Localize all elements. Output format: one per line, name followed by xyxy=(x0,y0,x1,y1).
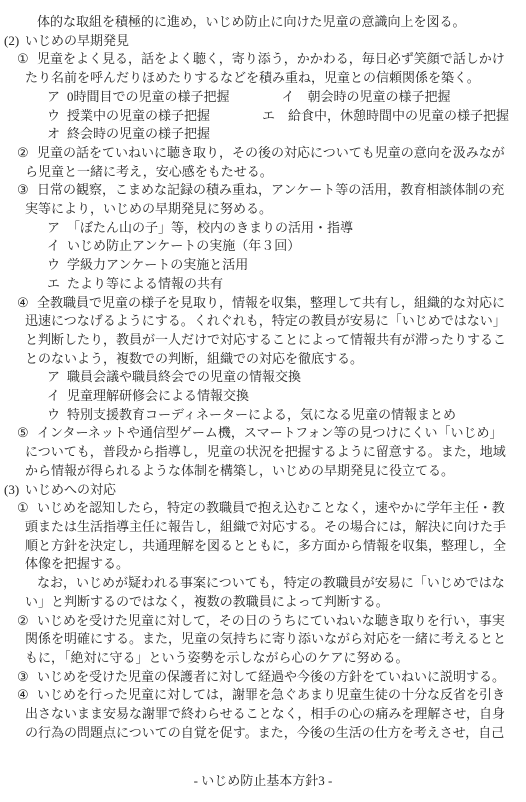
text-line: ③いじめを受けた児童の保護者に対して経過や今後の方針をていねいに説明する。 xyxy=(0,668,526,687)
line-text: 授業中の児童の様子把握 エ 給食中，休憩時間中の児童の様子把握 xyxy=(67,108,509,123)
line-text: インターネットや通信型ゲーム機，スマートフォン等の見つけにくい「いじめ」 xyxy=(37,425,503,440)
text-line: についても，普段から指導し，児童の状況を把握するように留意する。また，地域 xyxy=(0,443,526,462)
line-marker: エ xyxy=(47,275,67,294)
line-text: 学級力アンケートの実施と活用 xyxy=(67,257,248,272)
text-line: 順と方針を決定し，共通理解を図るとともに，多方面から情報を収集，整理し，全 xyxy=(0,537,526,556)
text-line: とのないよう，複数での判断，組織での対応を徹底する。 xyxy=(0,350,526,369)
line-text: い」と判断するのではなく，複数の教職員によって判断する。 xyxy=(25,594,389,609)
line-text: 児童の話をていねいに聴き取り，その後の対応についても児童の意向を汲みなが xyxy=(37,145,505,160)
line-marker: オ xyxy=(47,125,67,144)
text-line: から情報が得られるような体制を構築し，いじめの早期発見に役立てる。 xyxy=(0,462,526,481)
line-text: 児童理解研修会による情報交換 xyxy=(67,388,249,403)
text-line: イ児童理解研修会による情報交換 xyxy=(0,387,526,406)
line-marker: ウ xyxy=(47,406,67,425)
text-line: の行為の問題点についての自覚を促す。また，今後の生活の仕方を考えさせ，自己 xyxy=(0,724,526,743)
line-marker: ③ xyxy=(17,181,37,200)
text-line: 体的な取組を積極的に進め，いじめ防止に向けた児童の意識向上を図る。 xyxy=(0,13,526,32)
line-text: 全教職員で児童の様子を見取り，情報を収集，整理して共有し，組織的な対応に xyxy=(37,295,505,310)
text-line: い」と判断するのではなく，複数の教職員によって判断する。 xyxy=(0,593,526,612)
line-marker: ア xyxy=(47,219,67,238)
line-text: いじめへの対応 xyxy=(25,482,116,497)
line-text: 迅速につなげるようにする。くれぐれも，特定の教員が安易に「いじめではない」 xyxy=(25,313,506,328)
text-line: 関係を明確にする。また，児童の気持ちに寄り添いながら対応を一緒に考えるとと xyxy=(0,630,526,649)
line-text: 順と方針を決定し，共通理解を図るとともに，多方面から情報を収集，整理し，全 xyxy=(25,538,506,553)
text-line: ア0時間目での児童の様子把握 イ 朝会時の児童の様子把握 xyxy=(0,88,526,107)
text-line: たり名前を呼んだりほめたりするなどを積み重ね，児童との信頼関係を築く。 xyxy=(0,69,526,88)
line-text: の行為の問題点についての自覚を促す。また，今後の生活の仕方を考えさせ，自己 xyxy=(25,725,504,740)
text-line: 出さないまま安易な謝罪で終わらせることなく，相手の心の痛みを理解させ，自身 xyxy=(0,705,526,724)
text-line: イいじめ防止アンケートの実施（年３回） xyxy=(0,237,526,256)
text-line: エたより等による情報の共有 xyxy=(0,275,526,294)
line-text: いじめを認知したら，特定の教職員で抱え込むことなく，速やかに学年主任・教 xyxy=(37,500,505,515)
line-text: 終会時の児童の様子把握 xyxy=(67,126,210,141)
line-marker: ② xyxy=(17,612,37,631)
line-text: 職員会議や職員終会での児童の情報交換 xyxy=(67,369,301,384)
line-text: いじめ防止アンケートの実施（年３回） xyxy=(67,238,300,253)
text-line: と判断したり，教員が一人だけで対応することによって情報共有が滞ったりするこ xyxy=(0,331,526,350)
line-marker: ウ xyxy=(47,256,67,275)
text-line: ④いじめを行った児童に対しては，謝罪を急ぐあまり児童生徒の十分な反省を引き xyxy=(0,686,526,705)
line-marker: (3) xyxy=(4,481,25,500)
line-text: いじめを行った児童に対しては，謝罪を急ぐあまり児童生徒の十分な反省を引き xyxy=(37,687,505,702)
line-text: から情報が得られるような体制を構築し，いじめの早期発見に役立てる。 xyxy=(25,463,454,478)
text-line: 実等により，いじめの早期発見に努める。 xyxy=(0,200,526,219)
text-line: ウ授業中の児童の様子把握 エ 給食中，休憩時間中の児童の様子把握 xyxy=(0,107,526,126)
line-marker: ④ xyxy=(17,294,37,313)
line-text: 関係を明確にする。また，児童の気持ちに寄り添いながら対応を一緒に考えるとと xyxy=(25,631,506,646)
text-line: ①いじめを認知したら，特定の教職員で抱え込むことなく，速やかに学年主任・教 xyxy=(0,499,526,518)
line-text: もに，「絶対に守る」という姿勢を示しながら心のケアに努める。 xyxy=(25,650,409,665)
line-text: 実等により，いじめの早期発見に努める。 xyxy=(25,201,272,216)
line-marker: ④ xyxy=(17,686,37,705)
text-line: ウ特別支援教育コーディネーターによる，気になる児童の情報まとめ xyxy=(0,406,526,425)
line-marker: ② xyxy=(17,144,37,163)
text-line: ②児童の話をていねいに聴き取り，その後の対応についても児童の意向を汲みなが xyxy=(0,144,526,163)
text-line: 体像を把握する。 xyxy=(0,555,526,574)
text-line: (3)いじめへの対応 xyxy=(0,481,526,500)
line-text: たり名前を呼んだりほめたりするなどを積み重ね，児童との信頼関係を築く。 xyxy=(25,70,480,85)
text-line: ら児童と一緒に考え，安心感をもたせる。 xyxy=(0,163,526,182)
line-marker: ア xyxy=(47,88,67,107)
line-marker: イ xyxy=(47,387,67,406)
page-footer: - いじめ防止基本方針3 - xyxy=(0,772,526,791)
line-marker: ③ xyxy=(17,668,37,687)
line-marker: (2) xyxy=(4,32,25,51)
line-text: 児童をよく見る，話をよく聴く，寄り添う，かかわる，毎日必ず笑顔で話しかけ xyxy=(37,51,505,66)
text-line: なお，いじめが疑われる事案についても，特定の教職員が安易に「いじめではな xyxy=(0,574,526,593)
line-text: なお，いじめが疑われる事案についても，特定の教職員が安易に「いじめではな xyxy=(37,575,505,590)
text-line: ウ学級力アンケートの実施と活用 xyxy=(0,256,526,275)
line-text: たより等による情報の共有 xyxy=(67,276,223,291)
line-text: とのないよう，複数での判断，組織での対応を徹底する。 xyxy=(25,351,363,366)
line-marker: ① xyxy=(17,50,37,69)
line-text: 日常の観察，こまめな記録の積み重ね，アンケート等の活用，教育相談体制の充 xyxy=(37,182,504,197)
text-line: もに，「絶対に守る」という姿勢を示しながら心のケアに努める。 xyxy=(0,649,526,668)
line-text: と判断したり，教員が一人だけで対応することによって情報共有が滞ったりするこ xyxy=(25,332,506,347)
document-body: 体的な取組を積極的に進め，いじめ防止に向けた児童の意識向上を図る。(2)いじめの… xyxy=(0,13,526,742)
line-marker: ア xyxy=(47,368,67,387)
line-marker: イ xyxy=(47,237,67,256)
line-text: ら児童と一緒に考え，安心感をもたせる。 xyxy=(25,164,273,179)
line-text: 0時間目での児童の様子把握 イ 朝会時の児童の様子把握 xyxy=(67,89,451,104)
text-line: ア「ぼたん山の子」等，校内のきまりの活用・指導 xyxy=(0,219,526,238)
line-text: いじめを受けた児童に対して，その日のうちにていねいな聴き取りを行い，事実 xyxy=(37,613,505,628)
text-line: ②いじめを受けた児童に対して，その日のうちにていねいな聴き取りを行い，事実 xyxy=(0,612,526,631)
line-marker: ⑤ xyxy=(17,424,37,443)
line-text: についても，普段から指導し，児童の状況を把握するように留意する。また，地域 xyxy=(25,444,506,459)
line-text: 体的な取組を積極的に進め，いじめ防止に向けた児童の意識向上を図る。 xyxy=(37,14,465,29)
line-text: 体像を把握する。 xyxy=(25,556,129,571)
text-line: (2)いじめの早期発見 xyxy=(0,32,526,51)
line-text: 出さないまま安易な謝罪で終わらせることなく，相手の心の痛みを理解させ，自身 xyxy=(25,706,505,721)
document-page: 体的な取組を積極的に進め，いじめ防止に向けた児童の意識向上を図る。(2)いじめの… xyxy=(0,0,526,802)
text-line: 迅速につなげるようにする。くれぐれも，特定の教員が安易に「いじめではない」 xyxy=(0,312,526,331)
text-line: 頭または生活指導主任に報告し，組織で対応する。その場合には，解決に向けた手 xyxy=(0,518,526,537)
line-marker: ① xyxy=(17,499,37,518)
text-line: オ終会時の児童の様子把握 xyxy=(0,125,526,144)
line-text: 特別支援教育コーディネーターによる，気になる児童の情報まとめ xyxy=(67,407,456,422)
line-text: 「ぼたん山の子」等，校内のきまりの活用・指導 xyxy=(67,220,353,235)
line-text: 頭または生活指導主任に報告し，組織で対応する。その場合には，解決に向けた手 xyxy=(25,519,506,534)
line-marker: ウ xyxy=(47,107,67,126)
text-line: ①児童をよく見る，話をよく聴く，寄り添う，かかわる，毎日必ず笑顔で話しかけ xyxy=(0,50,526,69)
text-line: ③日常の観察，こまめな記録の積み重ね，アンケート等の活用，教育相談体制の充 xyxy=(0,181,526,200)
text-line: ④全教職員で児童の様子を見取り，情報を収集，整理して共有し，組織的な対応に xyxy=(0,294,526,313)
text-line: ア職員会議や職員終会での児童の情報交換 xyxy=(0,368,526,387)
text-line: ⑤インターネットや通信型ゲーム機，スマートフォン等の見つけにくい「いじめ」 xyxy=(0,424,526,443)
line-text: いじめを受けた児童の保護者に対して経過や今後の方針をていねいに説明する。 xyxy=(37,669,505,684)
line-text: いじめの早期発見 xyxy=(25,33,129,48)
